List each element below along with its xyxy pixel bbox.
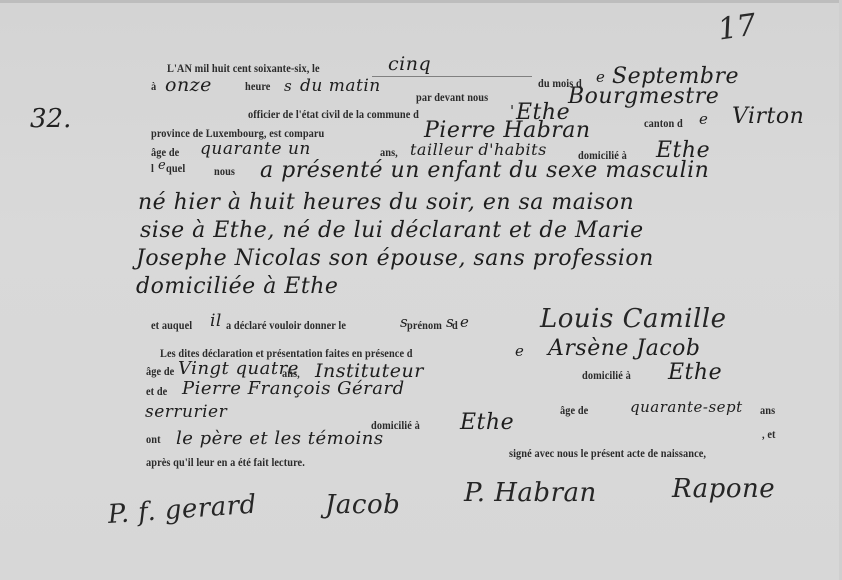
hw-du-matin: du matin	[300, 76, 381, 96]
printed-declare: a déclaré vouloir donner le	[226, 318, 346, 333]
printed-par-devant: par devant nous	[416, 90, 488, 105]
printed-l: l	[151, 161, 154, 176]
printed-canton: canton d	[644, 116, 683, 131]
hw-day: cinq	[388, 53, 431, 75]
hw-lequel-e: e	[158, 158, 166, 173]
hw-heure-s: s	[284, 77, 292, 95]
printed-quel: quel	[166, 161, 185, 176]
signature-habran: P. Habran	[464, 478, 597, 508]
hw-body-line-c: sise à Ethe, né de lui déclarant et de M…	[140, 218, 644, 243]
printed-apres: après qu'il leur en a été fait lecture.	[146, 455, 305, 470]
printed-age-de-2: âge de	[146, 364, 174, 379]
printed-et: , et	[762, 427, 776, 442]
hw-il: il	[210, 311, 222, 331]
printed-a: à	[151, 79, 156, 94]
hw-witness1-e: e	[515, 342, 524, 360]
hw-canton: Virton	[732, 104, 804, 129]
printed-d: d	[452, 318, 458, 333]
hw-witness2-residence: Ethe	[460, 410, 514, 435]
document-page: 17 32. L'AN mil huit cent soixante-six, …	[0, 0, 842, 580]
printed-prenom: prénom	[407, 318, 442, 333]
hw-witness1-residence: Ethe	[668, 360, 722, 385]
printed-nous: nous	[214, 164, 235, 179]
signature-rapone: Rapone	[672, 474, 775, 504]
act-number: 32.	[30, 104, 71, 134]
hw-official: Bourgmestre	[568, 84, 719, 109]
signature-gerard: P. f. gerard	[107, 490, 258, 530]
printed-et-de: et de	[146, 384, 167, 399]
hw-body-line-d: Josephe Nicolas son épouse, sans profess…	[136, 246, 654, 271]
hw-witness2-occupation: serrurier	[145, 402, 227, 422]
hw-witness2-name: Pierre François Gérard	[182, 378, 405, 399]
hw-declarant-age: quarante un	[200, 139, 311, 159]
printed-age-de-3: âge de	[560, 403, 588, 418]
hw-declarant-occupation: tailleur d'habits	[410, 140, 547, 159]
hw-witness1-age: Vingt quatre	[178, 358, 299, 379]
printed-domicilie-2: domicilié à	[582, 368, 631, 383]
hw-hour: onze	[165, 74, 212, 96]
hw-body-line-a: a présenté un enfant du sexe masculin	[260, 158, 709, 183]
printed-ans-3: ans	[760, 403, 775, 418]
printed-officier: officier de l'état civil de la commune d	[248, 107, 419, 122]
folio-number: 17	[716, 8, 759, 48]
hw-prenom-e: e	[460, 313, 469, 331]
hw-witness2-age: quarante-sept	[630, 398, 743, 416]
page-top-edge	[0, 0, 842, 3]
hw-canton-e: e	[699, 110, 708, 128]
hw-child-name: Louis Camille	[540, 304, 726, 334]
fill-line	[372, 76, 532, 77]
printed-heure: heure	[245, 79, 270, 94]
signature-jacob: Jacob	[325, 490, 400, 520]
printed-et-auquel: et auquel	[151, 318, 192, 333]
hw-witness1-name: Arsène Jacob	[548, 336, 700, 361]
printed-signe: signé avec nous le présent acte de naiss…	[509, 446, 706, 461]
hw-body-line-e: domiciliée à Ethe	[136, 274, 338, 299]
hw-signers: le père et les témoins	[176, 428, 384, 449]
hw-body-line-b: né hier à huit heures du soir, en sa mai…	[138, 190, 634, 215]
printed-ont: ont	[146, 432, 161, 447]
